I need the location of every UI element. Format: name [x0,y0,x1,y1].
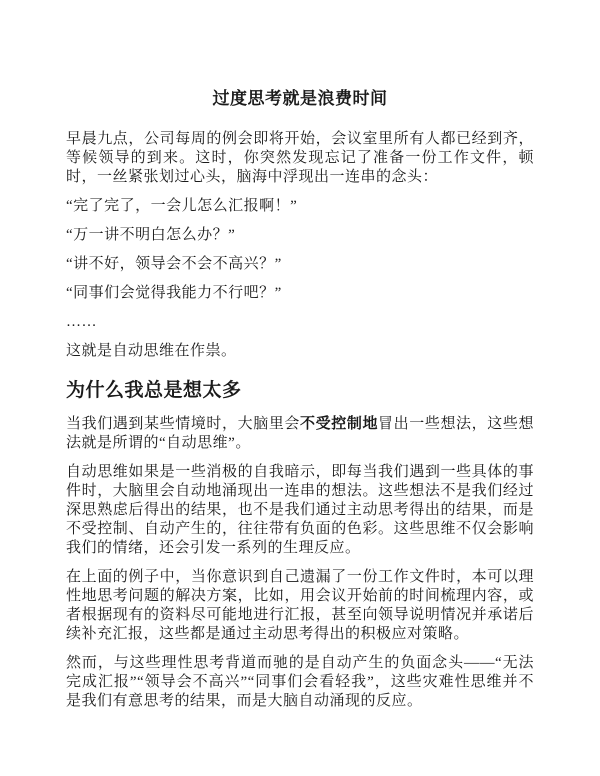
text-run: “万一讲不明白怎么办？” [66,227,235,243]
text-run: 自动思维如果是一些消极的自我暗示，即每当我们遇到一些具体的事件时，大脑里会自动地… [66,464,534,556]
text-run: “同事们会觉得我能力不行吧？” [66,285,282,301]
text-run: 当我们遇到某些情境时，大脑里会 [66,416,300,432]
paragraph: “万一讲不明白怎么办？” [66,226,534,245]
paragraph: 在上面的例子中，当你意识到自己遗漏了一份工作文件时，本可以理性地思考问题的解决方… [66,568,534,644]
paragraph: 这就是自动思维在作祟。 [66,342,534,361]
document-page: 过度思考就是浪费时间 早晨九点，公司每周的例会即将开始，会议室里所有人都已经到齐… [0,0,600,776]
paragraph: …… [66,313,534,332]
document-body: 早晨九点，公司每周的例会即将开始，会议室里所有人都已经到齐，等候领导的到来。这时… [66,130,534,711]
paragraph: 自动思维如果是一些消极的自我暗示，即每当我们遇到一些具体的事件时，大脑里会自动地… [66,463,534,558]
text-run: “完了完了，一会儿怎么汇报啊！” [66,198,297,214]
text-run: …… [66,314,97,330]
page-title: 过度思考就是浪费时间 [66,88,534,110]
bold-text-run: 不受控制地 [300,416,378,432]
paragraph: “完了完了，一会儿怎么汇报啊！” [66,197,534,216]
paragraph: 然而，与这些理性思考背道而驰的是自动产生的负面念头——“无法完成汇报”“领导会不… [66,654,534,711]
paragraph: “同事们会觉得我能力不行吧？” [66,284,534,303]
section-heading: 为什么我总是想太多 [66,378,534,403]
text-run: 然而，与这些理性思考背道而驰的是自动产生的负面念头——“无法完成汇报”“领导会不… [66,655,534,709]
text-run: 这就是自动思维在作祟。 [66,343,237,359]
paragraph: “讲不好，领导会不会不高兴？” [66,255,534,274]
paragraph: 当我们遇到某些情境时，大脑里会不受控制地冒出一些想法，这些想法就是所谓的“自动思… [66,415,534,453]
text-run: “讲不好，领导会不会不高兴？” [66,256,282,272]
text-run: 在上面的例子中，当你意识到自己遗漏了一份工作文件时，本可以理性地思考问题的解决方… [66,569,534,642]
text-run: 早晨九点，公司每周的例会即将开始，会议室里所有人都已经到齐，等候领导的到来。这时… [66,131,534,185]
text-run: 为什么我总是想太多 [66,380,242,401]
paragraph: 早晨九点，公司每周的例会即将开始，会议室里所有人都已经到齐，等候领导的到来。这时… [66,130,534,187]
